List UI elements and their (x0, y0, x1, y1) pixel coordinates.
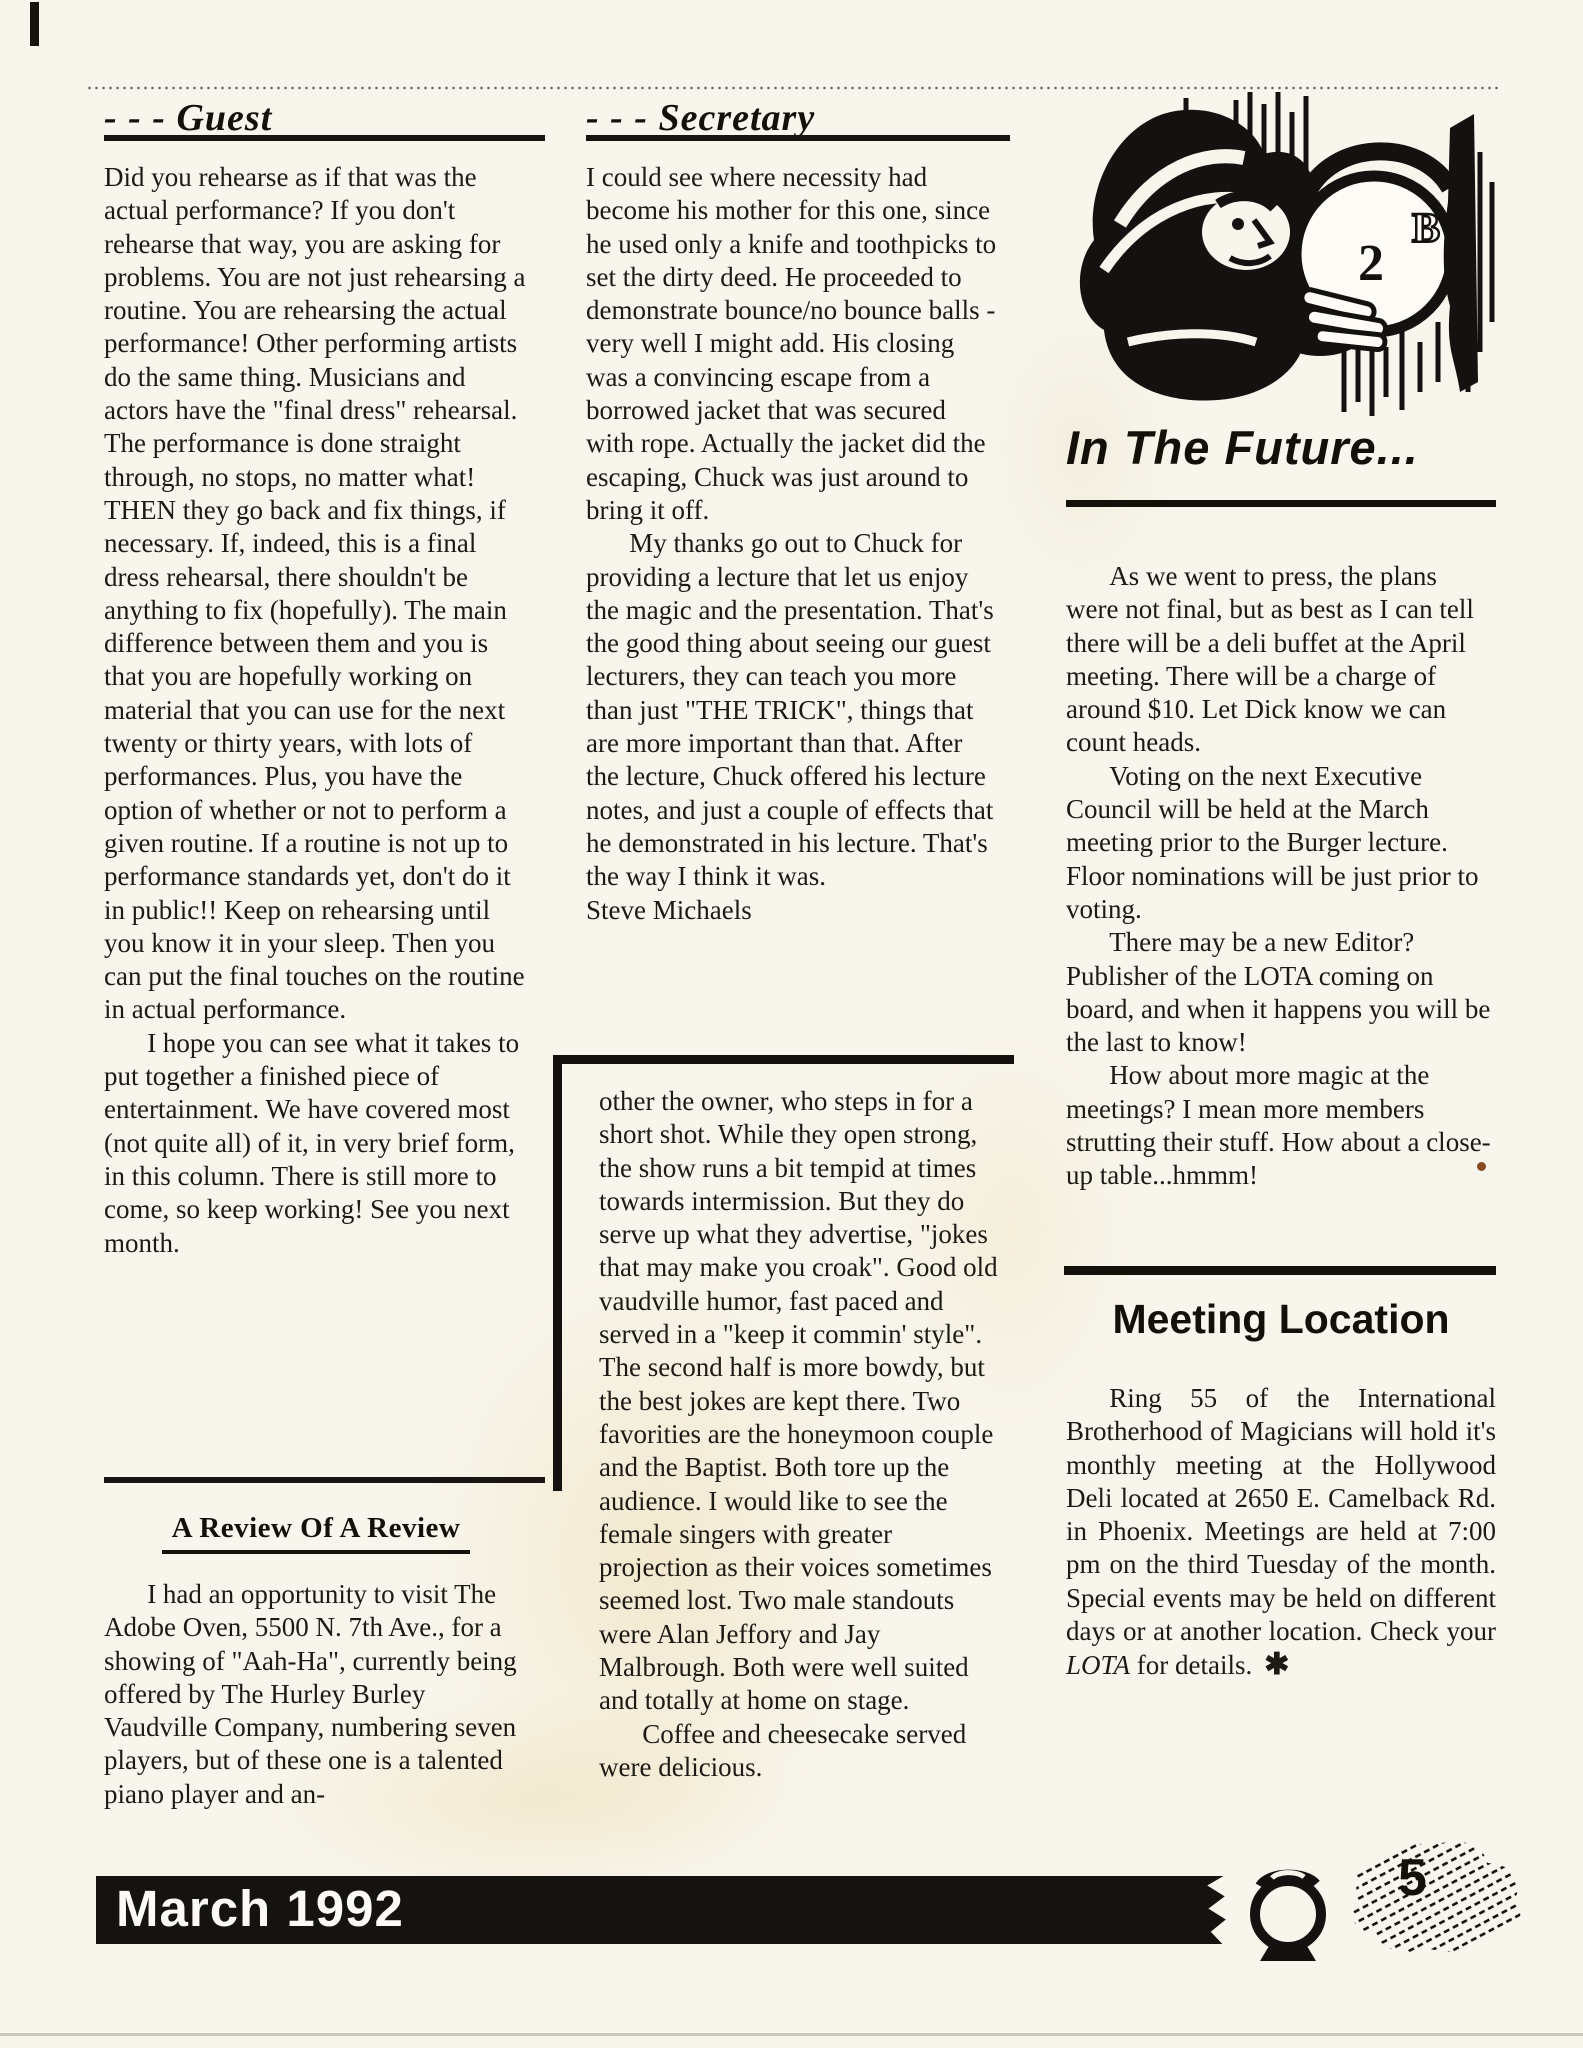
review-body: I had an opportunity to visit The Adobe … (104, 1578, 528, 1811)
future-heading-rule (1066, 500, 1496, 507)
dotted-top-divider (88, 86, 1502, 90)
meeting-paragraph: Ring 55 of the International Brotherhood… (1066, 1382, 1496, 1683)
meeting-section-rule (1064, 1266, 1496, 1275)
scan-edge-line (0, 2033, 1583, 2036)
wizard-crystal-ball-illustration: 2 B (1068, 92, 1500, 416)
page-number: 5 (1398, 1848, 1427, 1908)
paragraph: other the owner, who steps in for a shor… (599, 1085, 1005, 1718)
issue-date: March 1992 (116, 1876, 404, 1944)
paragraph: My thanks go out to Chuck for providing … (586, 527, 1000, 893)
paragraph: I had an opportunity to visit The Adobe … (104, 1578, 528, 1811)
paragraph: There may be a new Editor? Publisher of … (1066, 926, 1494, 1059)
future-column-body: As we went to press, the plans were not … (1066, 560, 1494, 1193)
ink-speck (1477, 1162, 1486, 1171)
review-heading: A Review Of A Review (162, 1512, 471, 1554)
page-number-hatch (1330, 1833, 1535, 1968)
paragraph: I hope you can see what it takes to put … (104, 1027, 528, 1260)
guest-column-body: Did you rehearse as if that was the actu… (104, 161, 528, 1260)
review-heading-wrap: A Review Of A Review (104, 1512, 528, 1554)
guest-column-end-rule (104, 1477, 545, 1483)
scan-artifact-mark (30, 2, 39, 46)
footer-banner: March 1992 (96, 1876, 1256, 1944)
meeting-location-body: Ring 55 of the International Brotherhood… (1066, 1382, 1496, 1683)
paragraph: Did you rehearse as if that was the actu… (104, 161, 528, 1027)
svg-text:2: 2 (1358, 235, 1384, 292)
paragraph: I could see where necessity had become h… (586, 161, 1000, 527)
lota-italic: LOTA (1066, 1650, 1130, 1680)
paragraph: Steve Michaels (586, 894, 1000, 927)
future-heading: In The Future... (1066, 420, 1496, 475)
paragraph: Coffee and cheesecake served were delici… (599, 1718, 1005, 1785)
svg-text:B: B (1412, 206, 1440, 252)
secretary-header-rule (586, 135, 1010, 141)
newsletter-page: - - - Guest Did you rehearse as if that … (0, 0, 1583, 2048)
meeting-text: Ring 55 of the International Brotherhood… (1066, 1383, 1496, 1646)
review-excerpt-body: other the owner, who steps in for a shor… (599, 1085, 1005, 1784)
paragraph: Voting on the next Executive Council wil… (1066, 760, 1494, 926)
meeting-location-heading: Meeting Location (1066, 1296, 1496, 1343)
secretary-column-body: I could see where necessity had become h… (586, 161, 1000, 927)
crystal-ball-lamp-icon (1242, 1842, 1334, 1967)
meeting-text-end: for details. (1130, 1650, 1252, 1680)
paragraph: How about more magic at the meetings? I … (1066, 1059, 1494, 1192)
paragraph: As we went to press, the plans were not … (1066, 560, 1494, 760)
guest-header-rule (104, 135, 545, 141)
end-star-icon: ✱ (1252, 1648, 1289, 1681)
